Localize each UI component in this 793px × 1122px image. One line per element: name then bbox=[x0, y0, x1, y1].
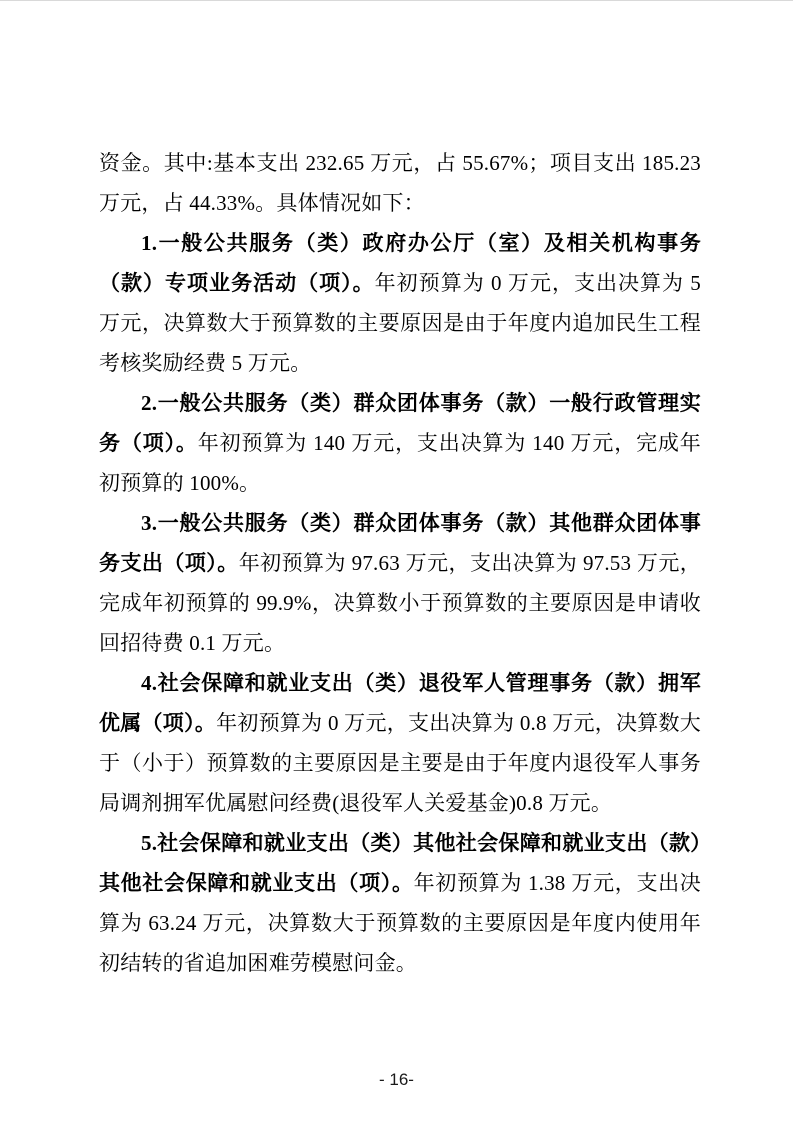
budget-item-paragraph-5: 5.社会保障和就业支出（类）其他社会保障和就业支出（款）其他社会保障和就业支出（… bbox=[99, 823, 701, 983]
budget-item-paragraph-4: 4.社会保障和就业支出（类）退役军人管理事务（款）拥军优属（项）。年初预算为 0… bbox=[99, 663, 701, 823]
budget-item-paragraph-1: 1.一般公共服务（类）政府办公厅（室）及相关机构事务（款）专项业务活动（项）。年… bbox=[99, 223, 701, 383]
document-body: 资金。其中:基本支出 232.65 万元，占 55.67%；项目支出 185.2… bbox=[99, 143, 701, 983]
budget-item-paragraph-3: 3.一般公共服务（类）群众团体事务（款）其他群众团体事务支出（项）。年初预算为 … bbox=[99, 503, 701, 663]
budget-item-paragraph-2: 2.一般公共服务（类）群众团体事务（款）一般行政管理实务（项）。年初预算为 14… bbox=[99, 383, 701, 503]
intro-paragraph: 资金。其中:基本支出 232.65 万元，占 55.67%；项目支出 185.2… bbox=[99, 143, 701, 223]
page-number: - 16- bbox=[0, 1069, 793, 1091]
document-page: 资金。其中:基本支出 232.65 万元，占 55.67%；项目支出 185.2… bbox=[0, 0, 793, 1122]
